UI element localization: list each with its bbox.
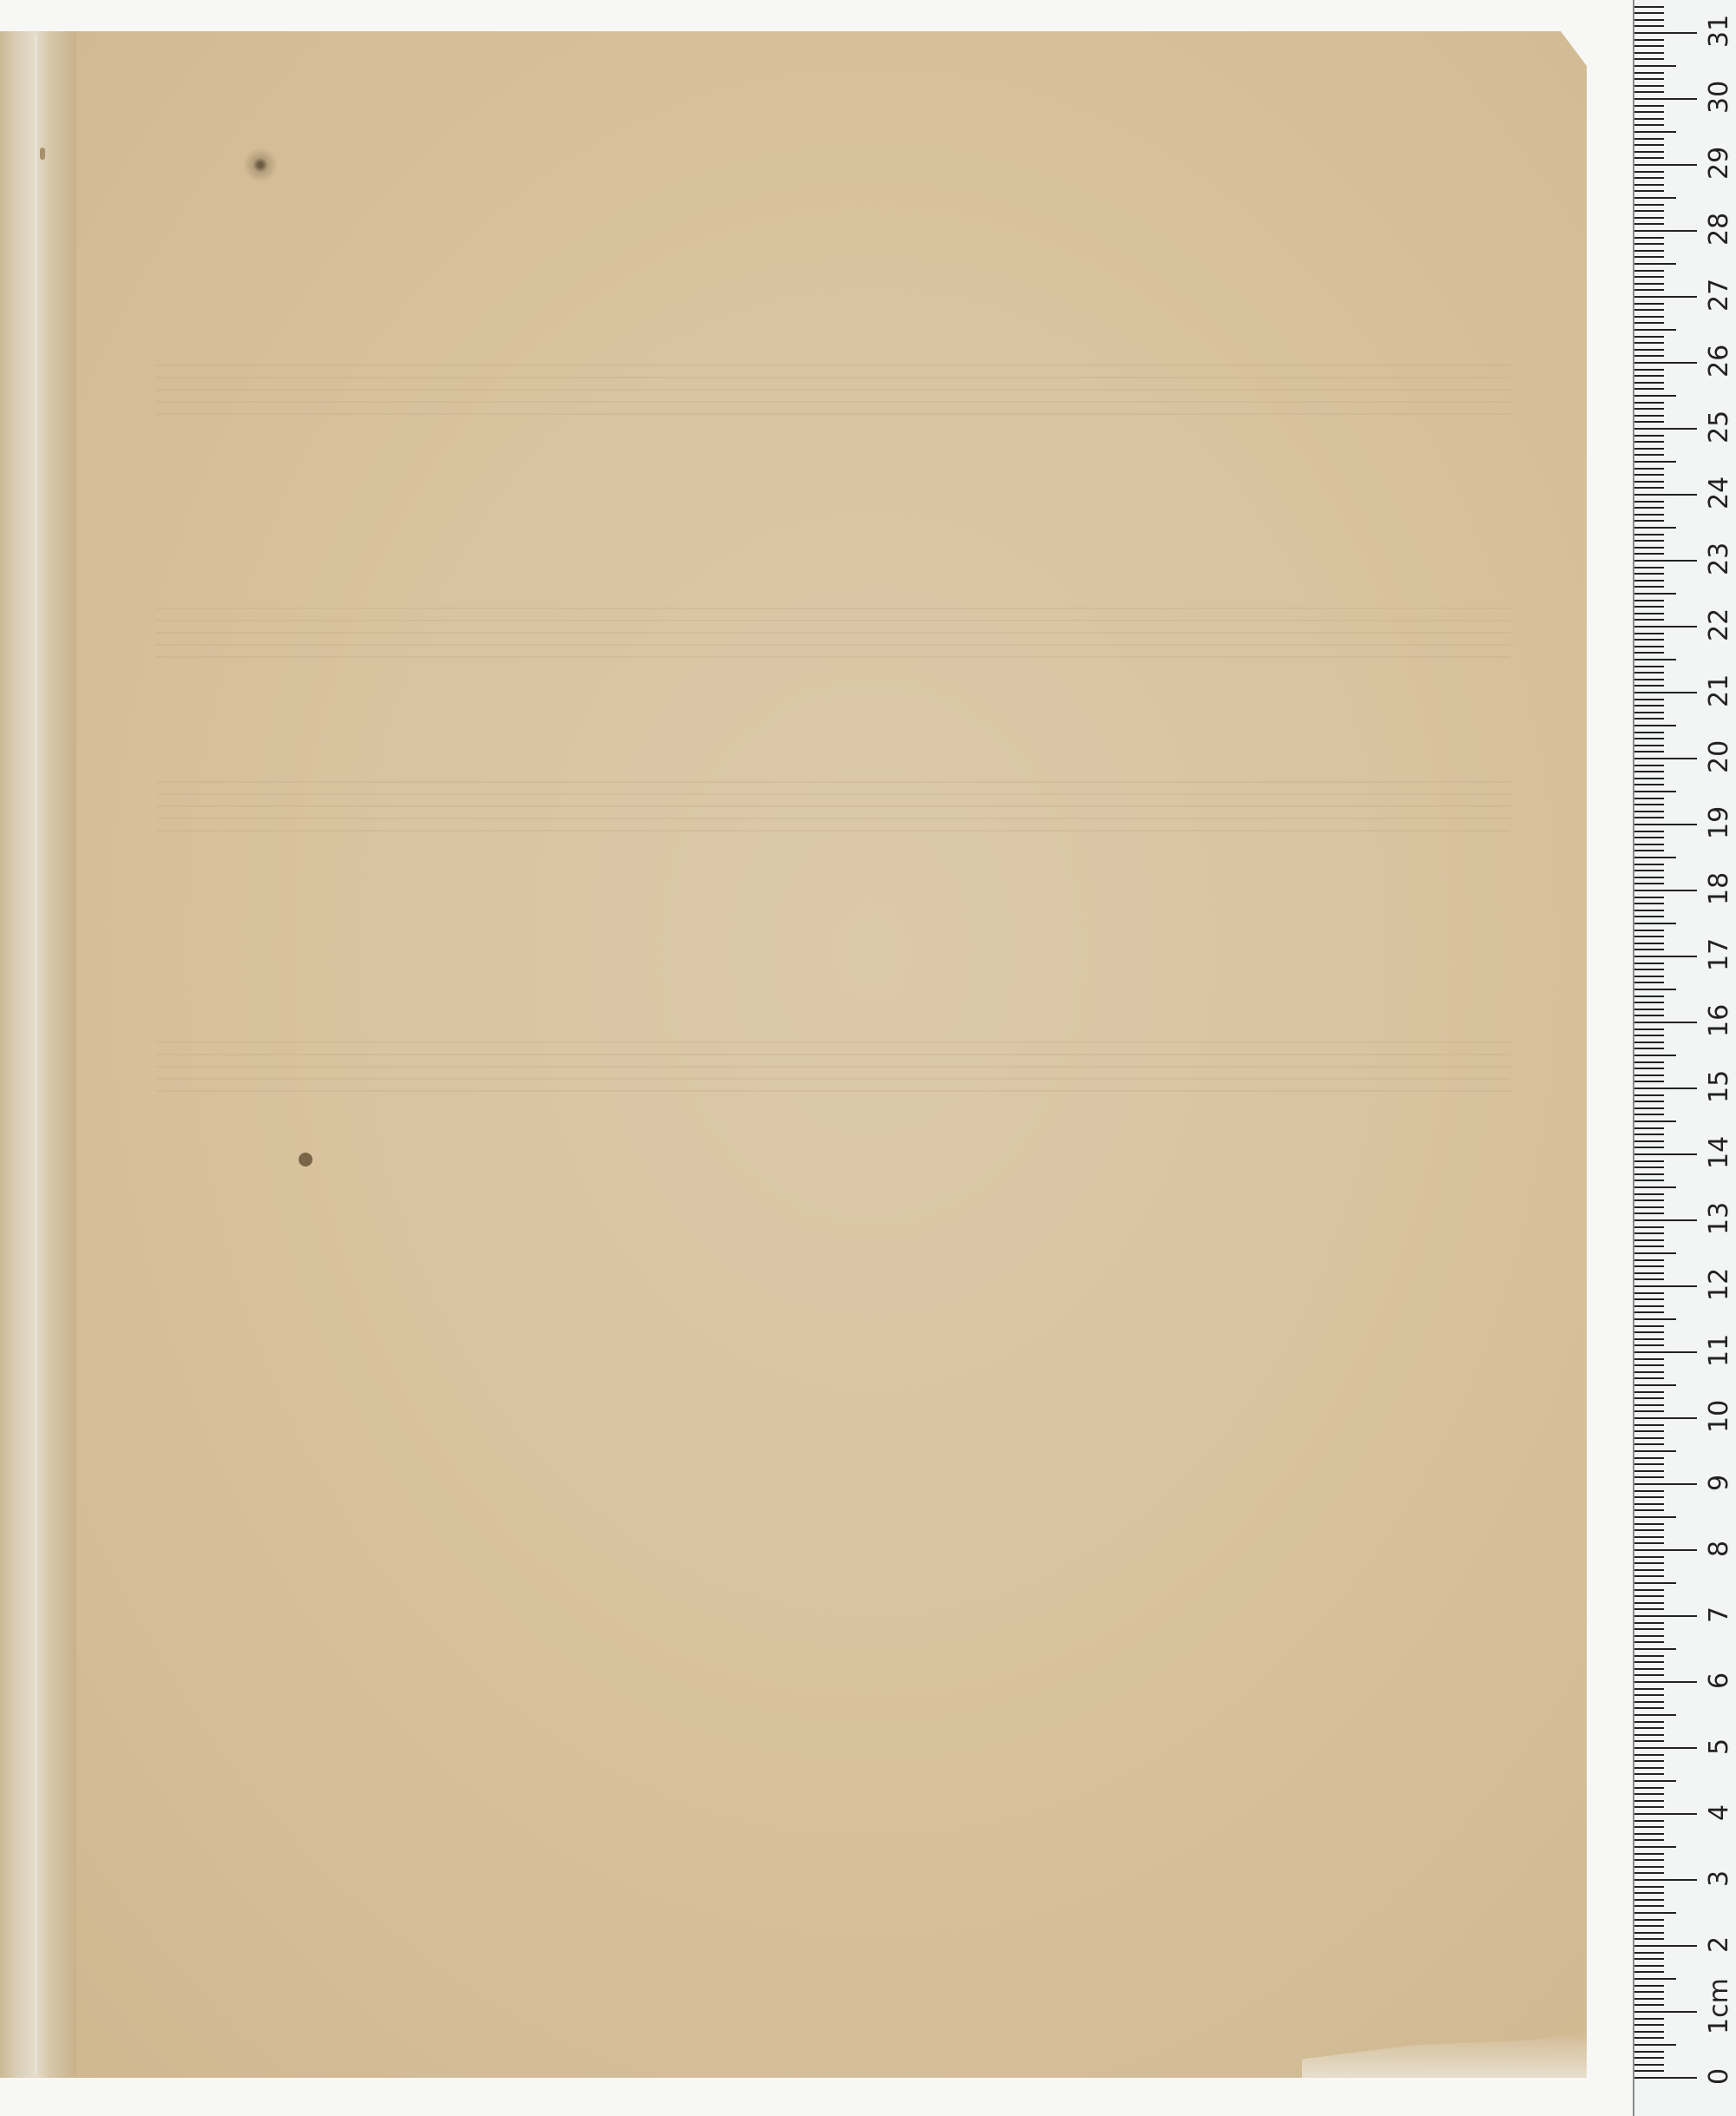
ruler-tick <box>1634 124 1664 126</box>
ink-spot <box>243 148 278 182</box>
ruler-tick <box>1634 751 1664 752</box>
ruler-tick <box>1634 1160 1664 1162</box>
ruler-number: 25 <box>1704 411 1734 444</box>
ruler-tick <box>1634 1635 1664 1637</box>
ruler-tick <box>1634 1932 1664 1934</box>
ruler-tick <box>1634 560 1697 562</box>
ruler-tick <box>1634 1061 1664 1063</box>
ruler-tick <box>1634 223 1664 225</box>
ruler-tick <box>1634 1278 1664 1280</box>
ruler-tick <box>1634 593 1676 595</box>
ruler-tick <box>1634 309 1664 311</box>
ruler-tick <box>1634 58 1664 60</box>
ruler-tick <box>1634 1509 1664 1511</box>
ruler-tick <box>1634 481 1664 483</box>
ruler-number: 31 <box>1704 15 1734 48</box>
ruler-tick <box>1634 520 1664 522</box>
ruler-tick <box>1634 1042 1664 1043</box>
ruler-tick <box>1634 817 1664 818</box>
ruler-tick <box>1634 778 1664 779</box>
ruler-tick <box>1634 1496 1664 1498</box>
ruler-number: 10 <box>1704 1400 1734 1433</box>
ruler-tick <box>1634 1760 1664 1762</box>
ruler-tick <box>1634 1734 1664 1736</box>
ruler-tick <box>1634 1212 1664 1214</box>
ruler-number: 30 <box>1704 81 1734 114</box>
ruler-tick <box>1634 1140 1664 1142</box>
ruler-tick <box>1634 1846 1676 1848</box>
ruler-tick <box>1634 586 1664 588</box>
ruler-tick <box>1634 573 1664 575</box>
ruler-tick <box>1634 1298 1664 1300</box>
ruler-tick <box>1634 2018 1664 2020</box>
ruler-tick <box>1634 454 1664 456</box>
ruler-tick <box>1634 1272 1664 1274</box>
ruler-tick <box>1634 745 1664 746</box>
ruler-tick <box>1634 1615 1697 1617</box>
ruler-tick <box>1634 2004 1664 2006</box>
ruler-tick <box>1634 936 1664 937</box>
ruler-tick <box>1634 435 1664 437</box>
ruler-tick <box>1634 1714 1676 1716</box>
ruler-number: 4 <box>1704 1804 1734 1821</box>
ruler-tick <box>1634 652 1664 654</box>
ruler-tick <box>1634 1127 1664 1129</box>
ruler-tick <box>1634 1457 1664 1459</box>
ruler-tick <box>1634 1186 1676 1188</box>
ruler-tick <box>1634 329 1676 331</box>
ruler-tick <box>1634 916 1664 917</box>
ruler-tick <box>1634 1826 1664 1828</box>
ruler-tick <box>1634 1391 1664 1393</box>
ruler-tick <box>1634 1701 1664 1703</box>
ruler-tick <box>1634 633 1664 634</box>
ruler-tick <box>1634 1252 1676 1254</box>
ruler-tick <box>1634 1952 1664 1954</box>
ruler-tick <box>1634 1655 1664 1657</box>
ruler-tick <box>1634 1773 1664 1775</box>
ruler-tick <box>1634 1173 1664 1175</box>
ruler-tick <box>1634 883 1664 884</box>
ruler-tick <box>1634 765 1664 766</box>
ruler-tick <box>1634 1707 1664 1709</box>
ruler-tick <box>1634 1998 1664 2000</box>
ruler-tick <box>1634 1015 1664 1016</box>
ruler-tick <box>1634 1727 1664 1729</box>
ruler-tick <box>1634 1265 1664 1267</box>
ruler-tick <box>1634 870 1664 871</box>
ruler-number: 2 <box>1704 1936 1734 1953</box>
ruler-tick <box>1634 164 1697 166</box>
ruler-number: 15 <box>1704 1070 1734 1103</box>
ruler-tick <box>1634 184 1664 186</box>
ruler-tick <box>1634 316 1664 318</box>
ruler-tick <box>1634 844 1664 845</box>
ruler-tick <box>1634 1813 1697 1815</box>
ruler-tick <box>1634 600 1664 601</box>
ruler-tick <box>1634 1740 1664 1742</box>
ruler-tick <box>1634 666 1664 667</box>
ruler-tick <box>1634 1787 1664 1789</box>
ruler-tick <box>1634 487 1664 489</box>
ruler-tick <box>1634 217 1664 219</box>
ruler-tick <box>1634 1259 1664 1261</box>
ruler-tick <box>1634 956 1697 957</box>
ruler-number: 18 <box>1704 872 1734 905</box>
ruler-tick <box>1634 672 1664 674</box>
ruler-number: 13 <box>1704 1202 1734 1235</box>
ruler-number: 14 <box>1704 1136 1734 1169</box>
ruler-tick <box>1634 1074 1664 1076</box>
ruler-tick <box>1634 322 1664 324</box>
ruler-tick <box>1634 2011 1697 2013</box>
ruler-tick <box>1634 355 1664 357</box>
ruler-tick <box>1634 210 1664 212</box>
ruler-tick <box>1634 177 1664 179</box>
ruler-number: 9 <box>1704 1475 1734 1491</box>
ruler-tick <box>1634 613 1664 614</box>
ruler-number: 7 <box>1704 1607 1734 1623</box>
ruler-tick <box>1634 1318 1676 1320</box>
ruler-tick <box>1634 712 1664 713</box>
ruler-tick <box>1634 237 1664 239</box>
ruler-tick <box>1634 382 1664 384</box>
ruler-tick <box>1634 408 1664 410</box>
ruler-tick <box>1634 1674 1664 1676</box>
ruler-tick <box>1634 963 1664 964</box>
ruler-tick <box>1634 336 1664 338</box>
ruler-tick <box>1634 1503 1664 1505</box>
ruler-tick <box>1634 1905 1664 1907</box>
ruler-number: 23 <box>1704 542 1734 575</box>
ruler-tick <box>1634 547 1664 549</box>
ruler-tick <box>1634 138 1664 140</box>
ruler-tick <box>1634 1232 1664 1234</box>
ruler-number: 3 <box>1704 1870 1734 1887</box>
ruler-tick <box>1634 1971 1664 1973</box>
ruler-tick <box>1634 421 1664 423</box>
ruler-tick <box>1634 897 1664 898</box>
ruler-tick <box>1634 52 1664 54</box>
ruler-tick <box>1634 903 1664 904</box>
ruler-tick <box>1634 1430 1664 1432</box>
ruler-tick <box>1634 1028 1664 1030</box>
ruler-tick <box>1634 1938 1664 1940</box>
ruler-tick <box>1634 725 1676 726</box>
ruler-tick <box>1634 303 1664 305</box>
ruler-tick <box>1634 1569 1664 1571</box>
ruler-tick <box>1634 2024 1664 2026</box>
ruler-tick <box>1634 1437 1664 1439</box>
ruler-tick <box>1634 25 1664 27</box>
ruler-tick <box>1634 2031 1664 2033</box>
ruler-tick <box>1634 1529 1664 1531</box>
ruler-tick <box>1634 1351 1697 1353</box>
ruler-tick <box>1634 197 1676 199</box>
ruler-tick <box>1634 1899 1664 1901</box>
ruler-tick <box>1634 1239 1664 1241</box>
ruler-tick <box>1634 1628 1664 1630</box>
ruler-tick <box>1634 976 1664 977</box>
ruler-tick <box>1634 1404 1664 1406</box>
ruler-tick <box>1634 2044 1676 2046</box>
ruler-tick <box>1634 494 1697 496</box>
ruler-tick <box>1634 468 1664 470</box>
ruler-tick <box>1634 85 1664 87</box>
ruler-tick <box>1634 1443 1664 1445</box>
ruler-tick <box>1634 1721 1664 1723</box>
ruler-number: 24 <box>1704 476 1734 509</box>
ruler-tick <box>1634 2064 1664 2066</box>
ruler-tick <box>1634 969 1664 970</box>
ruler-tick <box>1634 362 1697 364</box>
ruler-tick <box>1634 6 1664 8</box>
ruler-tick <box>1634 1978 1676 1980</box>
ruler-tick <box>1634 1806 1664 1808</box>
ruler-tick <box>1634 1226 1664 1228</box>
ruler-tick <box>1634 1081 1664 1082</box>
ruler-number: 21 <box>1704 674 1734 707</box>
ruler-tick <box>1634 1055 1676 1056</box>
ruler-tick <box>1634 45 1664 47</box>
ruler-tick <box>1634 685 1664 687</box>
ruler-tick <box>1634 105 1664 107</box>
ruler-tick <box>1634 540 1664 542</box>
ruler-tick <box>1634 811 1664 812</box>
ruler-tick <box>1634 1147 1664 1148</box>
ruler-number: 29 <box>1704 147 1734 180</box>
ruler-tick <box>1634 679 1664 680</box>
ruler-tick <box>1634 1780 1676 1782</box>
ruler-number: 20 <box>1704 740 1734 773</box>
ruler-tick <box>1634 19 1664 21</box>
ruler-tick <box>1634 1292 1664 1294</box>
ruler-tick <box>1634 12 1664 14</box>
ruler-tick <box>1634 111 1664 113</box>
ruler-tick <box>1634 553 1664 555</box>
ruler-tick <box>1634 1595 1664 1597</box>
ruler-tick <box>1634 606 1664 608</box>
ruler-tick <box>1634 567 1664 568</box>
ruler-number: 5 <box>1704 1738 1734 1755</box>
measuring-ruler: 01cm234567891011121314151617181920212223… <box>1633 0 1736 2116</box>
ruler-tick <box>1634 283 1664 285</box>
ruler-tick <box>1634 1839 1664 1841</box>
ruler-tick <box>1634 1463 1664 1465</box>
ruler-tick <box>1634 98 1697 100</box>
ruler-tick <box>1634 1800 1664 1802</box>
ruler-tick <box>1634 877 1664 878</box>
ruler-tick <box>1634 923 1676 924</box>
ruler-tick <box>1634 1048 1664 1049</box>
ruler-tick <box>1634 1648 1676 1650</box>
ruler-tick <box>1634 204 1664 206</box>
ruler-tick <box>1634 1523 1664 1525</box>
ruler-tick <box>1634 1120 1676 1122</box>
ruler-tick <box>1634 1417 1697 1419</box>
ruler-tick <box>1634 1068 1664 1069</box>
ruler-tick <box>1634 388 1664 390</box>
ruler-tick <box>1634 190 1664 192</box>
ruler-tick <box>1634 171 1664 173</box>
ruler-tick <box>1634 1556 1664 1558</box>
ruler-tick <box>1634 1622 1664 1624</box>
ruler-tick <box>1634 1767 1664 1769</box>
ruler-tick <box>1634 1153 1697 1155</box>
ruler-tick <box>1634 243 1664 245</box>
ruler-tick <box>1634 250 1664 252</box>
ruler-tick <box>1634 1245 1664 1247</box>
ruler-tick <box>1634 375 1664 377</box>
ruler-tick <box>1634 230 1697 232</box>
ruler-number: 27 <box>1704 279 1734 312</box>
ruler-tick <box>1634 1410 1664 1412</box>
ruler-tick <box>1634 501 1664 503</box>
ruler-tick <box>1634 1476 1664 1478</box>
ruler-tick <box>1634 1193 1664 1195</box>
ruler-tick <box>1634 1371 1664 1373</box>
ruler-tick <box>1634 1879 1697 1881</box>
ruler-tick <box>1634 118 1664 120</box>
ruler-tick <box>1634 732 1664 733</box>
ruler-tick <box>1634 619 1664 621</box>
ruler-tick <box>1634 1009 1664 1010</box>
ruler-tick <box>1634 2057 1664 2059</box>
ruler-tick <box>1634 402 1664 404</box>
ruler-tick <box>1634 580 1664 582</box>
ruler-tick <box>1634 1991 1664 1993</box>
ruler-tick <box>1634 784 1664 785</box>
ruler-tick <box>1634 256 1664 258</box>
ruler-tick <box>1634 1661 1664 1663</box>
ruler-tick <box>1634 1562 1664 1564</box>
ruler-tick <box>1634 1101 1664 1102</box>
binding-strip <box>0 31 76 2078</box>
ruler-tick <box>1634 1833 1664 1835</box>
ink-spot <box>299 1153 312 1166</box>
ruler-tick <box>1634 1859 1664 1861</box>
ruler-number: 28 <box>1704 213 1734 246</box>
ruler-number: 17 <box>1704 938 1734 971</box>
ruler-tick <box>1634 1002 1664 1003</box>
ruler-tick <box>1634 1747 1697 1749</box>
ruler-tick <box>1634 1166 1664 1168</box>
ruler-tick <box>1634 157 1664 159</box>
ruler-tick <box>1634 758 1697 759</box>
ruler-tick <box>1634 1866 1664 1868</box>
ruler-number: 26 <box>1704 345 1734 378</box>
ruler-tick <box>1634 1483 1697 1485</box>
ruler-tick <box>1634 718 1664 720</box>
ruler-number: 22 <box>1704 608 1734 641</box>
ruler-tick <box>1634 1516 1676 1518</box>
ruler-tick <box>1634 39 1664 41</box>
mark <box>40 148 45 160</box>
ruler-number: 11 <box>1704 1334 1734 1367</box>
ruler-number: 6 <box>1704 1672 1734 1689</box>
ruler-number: 16 <box>1704 1004 1734 1037</box>
ruler-tick <box>1634 1602 1664 1604</box>
ruler-tick <box>1634 78 1664 80</box>
ruler-tick <box>1634 1424 1664 1426</box>
ruler-number: 12 <box>1704 1268 1734 1301</box>
ruler-tick <box>1634 1338 1664 1340</box>
ruler-tick <box>1634 415 1664 417</box>
ruler-tick <box>1634 771 1664 772</box>
ruler-tick <box>1634 864 1664 865</box>
ruler-tick <box>1634 626 1697 628</box>
ruler-tick <box>1634 1945 1697 1947</box>
ruler-tick <box>1634 1582 1676 1584</box>
ruler-tick <box>1634 699 1664 700</box>
ruler-tick <box>1634 1820 1664 1822</box>
ruler-tick <box>1634 1754 1664 1756</box>
ruler-tick <box>1634 474 1664 476</box>
ruler-tick <box>1634 1549 1697 1551</box>
binding-fold <box>35 35 37 2074</box>
ruler-tick <box>1634 296 1697 298</box>
ruler-tick <box>1634 1022 1697 1023</box>
ruler-tick <box>1634 151 1664 153</box>
ruler-tick <box>1634 1886 1664 1888</box>
ruler-number: 0 <box>1704 2068 1734 2085</box>
ruler-tick <box>1634 369 1664 371</box>
ruler-tick <box>1634 989 1676 990</box>
ruler-tick <box>1634 1358 1664 1360</box>
ruler-tick <box>1634 2037 1664 2039</box>
ruler-number: 19 <box>1704 806 1734 839</box>
ruler-tick <box>1634 441 1664 443</box>
ruler-tick <box>1634 831 1664 832</box>
ruler-tick <box>1634 738 1664 739</box>
ruler-tick <box>1634 890 1697 891</box>
ruler-tick <box>1634 1331 1664 1333</box>
ruler-tick <box>1634 349 1664 351</box>
ruler-tick <box>1634 1641 1664 1643</box>
ruler-tick <box>1634 705 1664 706</box>
ruler-tick <box>1634 646 1664 647</box>
ruler-tick <box>1634 1107 1664 1109</box>
ruler-tick <box>1634 943 1664 944</box>
ruler-tick <box>1634 1470 1664 1472</box>
ruler-tick <box>1634 32 1697 34</box>
ruler-tick <box>1634 1114 1664 1115</box>
ruler-tick <box>1634 2070 1664 2072</box>
ruler-tick <box>1634 1199 1664 1201</box>
ruler-tick <box>1634 276 1664 278</box>
ruler-tick <box>1634 850 1664 851</box>
ruler-tick <box>1634 1180 1664 1181</box>
ruler-tick <box>1634 1450 1676 1452</box>
ruler-tick <box>1634 910 1664 911</box>
ruler-tick <box>1634 1311 1664 1313</box>
ruler-tick <box>1634 507 1664 509</box>
ruler-tick <box>1634 1490 1664 1492</box>
ruler-tick <box>1634 270 1664 272</box>
ruler-tick <box>1634 824 1697 825</box>
ruler-tick <box>1634 263 1676 265</box>
ruler-tick <box>1634 72 1664 74</box>
ruler-tick <box>1634 1344 1664 1346</box>
ruler-tick <box>1634 91 1664 93</box>
ruler-tick <box>1634 1958 1664 1960</box>
ruler-tick <box>1634 1094 1664 1096</box>
ruler-tick <box>1634 1325 1664 1327</box>
ruler-tick <box>1634 1377 1664 1379</box>
ruler-tick <box>1634 2077 1697 2079</box>
ruler-tick <box>1634 798 1664 799</box>
ruler-tick <box>1634 1912 1676 1914</box>
